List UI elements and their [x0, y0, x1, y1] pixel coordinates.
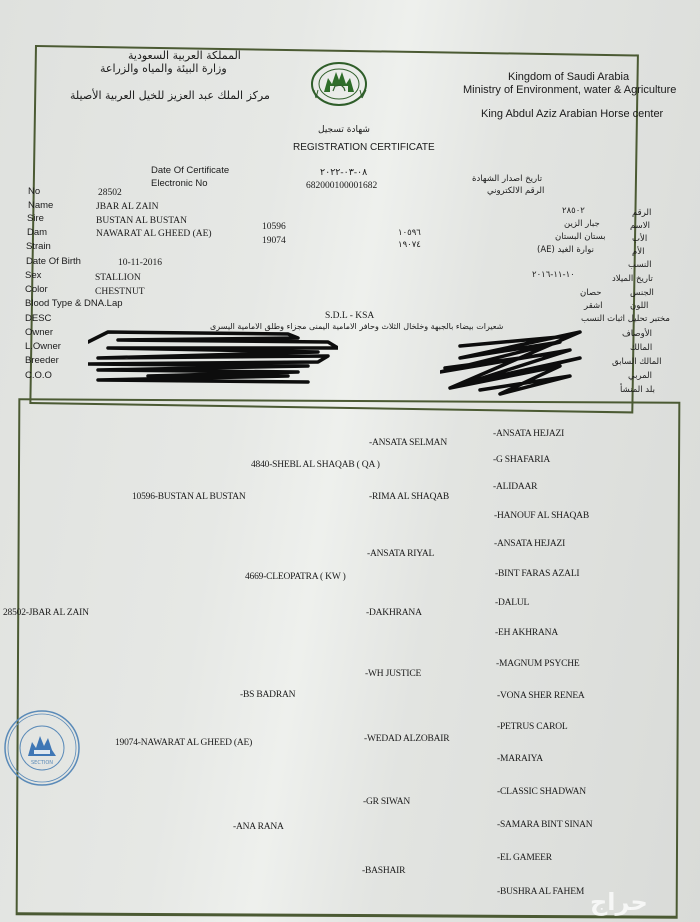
field-dam-label: Dam — [27, 227, 47, 238]
pedigree-gen3-8: -BASHAIR — [362, 866, 405, 876]
field-desc-value: S.D.L - KSA — [325, 311, 374, 321]
field-name-label: Name — [28, 200, 53, 211]
pedigree-frame — [16, 398, 681, 918]
field-no-value: 28502 — [98, 188, 122, 198]
field-name-label-ar: الاسم — [630, 221, 650, 231]
field-sire-label-ar: الأب — [632, 234, 647, 244]
title-ar: شهادة تسجيل — [318, 125, 370, 135]
field-lowner-label: L.Owner — [25, 341, 61, 352]
electronic-no-value: 682000100001682 — [306, 181, 377, 191]
pedigree-gen3-5: -WH JUSTICE — [365, 669, 421, 679]
field-dob-value-ar: ١٠-١١-٢٠١٦ — [532, 270, 575, 280]
pedigree-sire: 10596-BUSTAN AL BUSTAN — [132, 492, 246, 502]
pedigree-gen4-14: -SAMARA BINT SINAN — [497, 820, 592, 830]
pedigree-gen3-7: -GR SIWAN — [363, 797, 410, 807]
field-coo-label-ar: بلد المنشأ — [620, 385, 655, 395]
field-color-label-ar: اللون — [630, 301, 648, 311]
header-ar-line-3: مركز الملك عبد العزيز للخيل العربية الأص… — [70, 89, 270, 102]
pedigree-gen4-5: -ANSATA HEJAZI — [494, 539, 565, 549]
certificate-page: المملكة العربية السعودية وزارة البيئة وا… — [0, 0, 700, 922]
field-dob-value: 10-11-2016 — [118, 258, 162, 268]
field-dob-label: Date Of Birth — [26, 256, 81, 267]
field-desc-label-ar: الأوصاف — [622, 329, 652, 339]
official-stamp-icon: SECTION — [2, 708, 82, 788]
pedigree-gen3-3: -ANSATA RIYAL — [367, 549, 434, 559]
field-sire-number-ar: ١٠٥٩٦ — [398, 228, 421, 238]
electronic-no-label: Electronic No — [151, 178, 208, 189]
field-sex-label-ar: الجنس — [630, 288, 654, 298]
field-name-value-ar: جبار الزين — [564, 219, 600, 229]
header-ar-line-1: المملكة العربية السعودية — [128, 49, 241, 62]
field-no-value-ar: ٢٨٥٠٢ — [562, 206, 585, 216]
watermark-text: حراج — [590, 888, 648, 916]
svg-text:SECTION: SECTION — [31, 760, 53, 766]
field-dob-label-ar: تاريخ الميلاد — [612, 274, 653, 284]
date-of-certificate-label: Date Of Certificate — [151, 165, 229, 176]
field-color-value: CHESTNUT — [95, 287, 145, 297]
pedigree-gen3-4: -DAKHRANA — [366, 608, 422, 618]
date-of-certificate-label-ar: تاريخ اصدار الشهادة — [472, 174, 542, 184]
field-sire-value: BUSTAN AL BUSTAN — [96, 216, 187, 226]
pedigree-gen4-7: -DALUL — [495, 598, 529, 608]
electronic-no-label-ar: الرقم الالكتروني — [487, 186, 544, 196]
pedigree-gen4-2: -G SHAFARIA — [493, 455, 550, 465]
field-lowner-label-ar: المالك السابق — [612, 357, 662, 367]
field-no-label: No — [28, 186, 40, 197]
pedigree-gen4-11: -PETRUS CAROL — [497, 722, 568, 732]
pedigree-gen3-6: -WEDAD ALZOBAIR — [364, 734, 449, 744]
pedigree-gen2-1: 4840-SHEBL AL SHAQAB ( QA ) — [251, 460, 380, 470]
pedigree-gen2-3: -BS BADRAN — [240, 690, 295, 700]
field-breeder-label: Breeder — [25, 355, 59, 366]
pedigree-gen4-6: -BINT FARAS AZALI — [495, 569, 579, 579]
pedigree-gen4-1: -ANSATA HEJAZI — [493, 429, 564, 439]
field-sex-value-ar: حصان — [580, 288, 601, 298]
redaction-scribble-right — [440, 328, 590, 396]
pedigree-gen4-3: -ALIDAAR — [493, 482, 537, 492]
field-sex-value: STALLION — [95, 273, 141, 283]
ministry-emblem-icon — [308, 60, 370, 108]
header-en-line-3: King Abdul Aziz Arabian Horse center — [481, 108, 663, 120]
field-coo-label: C.O.O — [25, 370, 52, 381]
field-strain-label-ar: النسب — [628, 260, 651, 270]
pedigree-horse: 28502-JBAR AL ZAIN — [3, 608, 89, 618]
field-blood-label: Blood Type & DNA.Lap — [25, 298, 123, 309]
pedigree-gen2-4: -ANA RANA — [233, 822, 284, 832]
header-en-line-1: Kingdom of Saudi Arabia — [508, 71, 629, 83]
field-no-label-ar: الرقم — [632, 208, 651, 218]
title-en: REGISTRATION CERTIFICATE — [293, 142, 435, 153]
pedigree-gen3-1: -ANSATA SELMAN — [369, 438, 447, 448]
redaction-scribble-left — [88, 328, 338, 388]
field-owner-label: Owner — [25, 327, 53, 338]
field-dam-number: 19074 — [262, 236, 286, 246]
date-of-certificate-value: ٠٨-٠٣-٢٠٢٢ — [320, 167, 367, 178]
field-owner-label-ar: المالك — [630, 343, 652, 353]
pedigree-gen4-16: -BUSHRA AL FAHEM — [497, 887, 584, 897]
field-sire-label: Sire — [27, 213, 44, 224]
header-ar-line-2: وزارة البيئة والمياه والزراعة — [100, 62, 227, 75]
field-breeder-label-ar: المربي — [628, 371, 652, 381]
field-dam-label-ar: الأم — [632, 247, 644, 257]
field-desc-label: DESC — [25, 313, 51, 324]
field-color-label: Color — [25, 284, 48, 295]
pedigree-gen4-10: -VONA SHER RENEA — [497, 691, 585, 701]
field-dam-value-ar: نوارة الغيد (AE) — [537, 245, 594, 255]
field-dam-value: NAWARAT AL GHEED (AE) — [96, 229, 212, 239]
pedigree-gen4-15: -EL GAMEER — [497, 853, 552, 863]
pedigree-gen4-8: -EH AKHRANA — [495, 628, 558, 638]
pedigree-gen4-12: -MARAIYA — [497, 754, 543, 764]
field-dam-number-ar: ١٩٠٧٤ — [398, 240, 421, 250]
pedigree-gen4-4: -HANOUF AL SHAQAB — [494, 511, 589, 521]
field-blood-label-ar: مختبر تحليل اثبات النسب — [581, 314, 670, 324]
pedigree-dam: 19074-NAWARAT AL GHEED (AE) — [115, 738, 252, 748]
field-name-value: JBAR AL ZAIN — [96, 202, 158, 212]
field-sex-label: Sex — [25, 270, 41, 281]
header-en-line-2: Ministry of Environment, water & Agricul… — [463, 84, 676, 96]
field-color-value-ar: اشقر — [584, 301, 602, 311]
field-sire-number: 10596 — [262, 222, 286, 232]
field-strain-label: Strain — [26, 241, 51, 252]
pedigree-gen3-2: -RIMA AL SHAQAB — [369, 492, 449, 502]
pedigree-gen4-9: -MAGNUM PSYCHE — [496, 659, 580, 669]
pedigree-gen4-13: -CLASSIC SHADWAN — [497, 787, 586, 797]
pedigree-gen2-2: 4669-CLEOPATRA ( KW ) — [245, 572, 346, 582]
field-sire-value-ar: بستان البستان — [555, 232, 606, 242]
